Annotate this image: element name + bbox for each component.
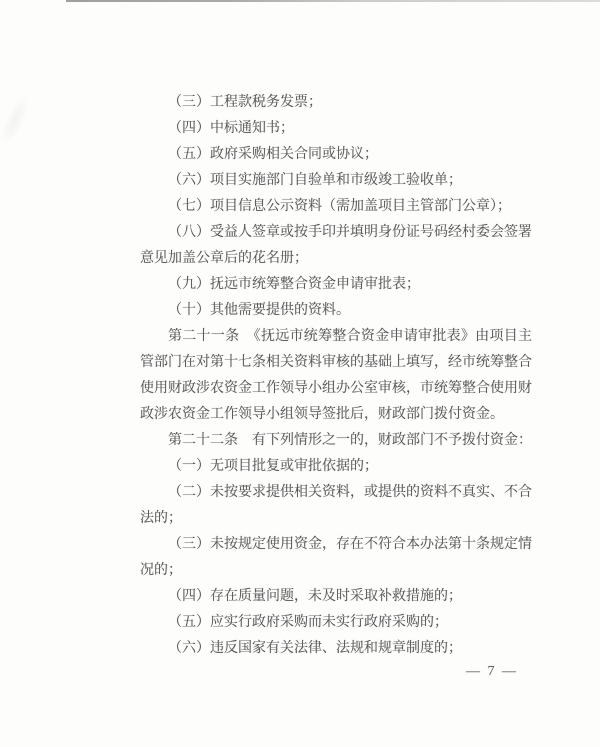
paragraph: （五）应实行政府采购而未实行政府采购的； (140, 610, 532, 636)
paragraph: （四）存在质量问题，未及时采取补救措施的； (140, 584, 532, 610)
paragraph: （十）其他需要提供的资料。 (140, 298, 532, 324)
paragraph: （六）项目实施部门自验单和市级竣工验收单； (140, 168, 532, 194)
scanned-page: （三）工程款税务发票；（四）中标通知书；（五）政府采购相关合同或协议；（六）项目… (0, 0, 600, 747)
scan-smudge-artifact (0, 89, 36, 151)
scan-edge-artifact (66, 0, 600, 2)
paragraph: （四）中标通知书； (140, 116, 532, 142)
paragraph: （一）无项目批复或审批依据的； (140, 454, 532, 480)
document-body: （三）工程款税务发票；（四）中标通知书；（五）政府采购相关合同或协议；（六）项目… (140, 90, 532, 662)
paragraph: （二）未按要求提供相关资料，或提供的资料不真实、不合法的； (140, 480, 532, 532)
paragraph: （五）政府采购相关合同或协议； (140, 142, 532, 168)
paragraph: （七）项目信息公示资料（需加盖项目主管部门公章）； (140, 194, 532, 220)
page-number: — 7 — (466, 664, 518, 680)
paragraph: （八）受益人签章或按手印并填明身份证号码经村委会签署意见加盖公章后的花名册； (140, 220, 532, 272)
paragraph: （三）未按规定使用资金，存在不符合本办法第十条规定情况的； (140, 532, 532, 584)
paragraph: （三）工程款税务发票； (140, 90, 532, 116)
paragraph: （九）抚远市统筹整合资金申请审批表； (140, 272, 532, 298)
paragraph: 第二十一条 《抚远市统筹整合资金申请审批表》由项目主管部门在对第十七条相关资料审… (140, 324, 532, 428)
paragraph: （六）违反国家有关法律、法规和规章制度的； (140, 636, 532, 662)
paragraph: 第二十二条 有下列情形之一的，财政部门不予拨付资金： (140, 428, 532, 454)
